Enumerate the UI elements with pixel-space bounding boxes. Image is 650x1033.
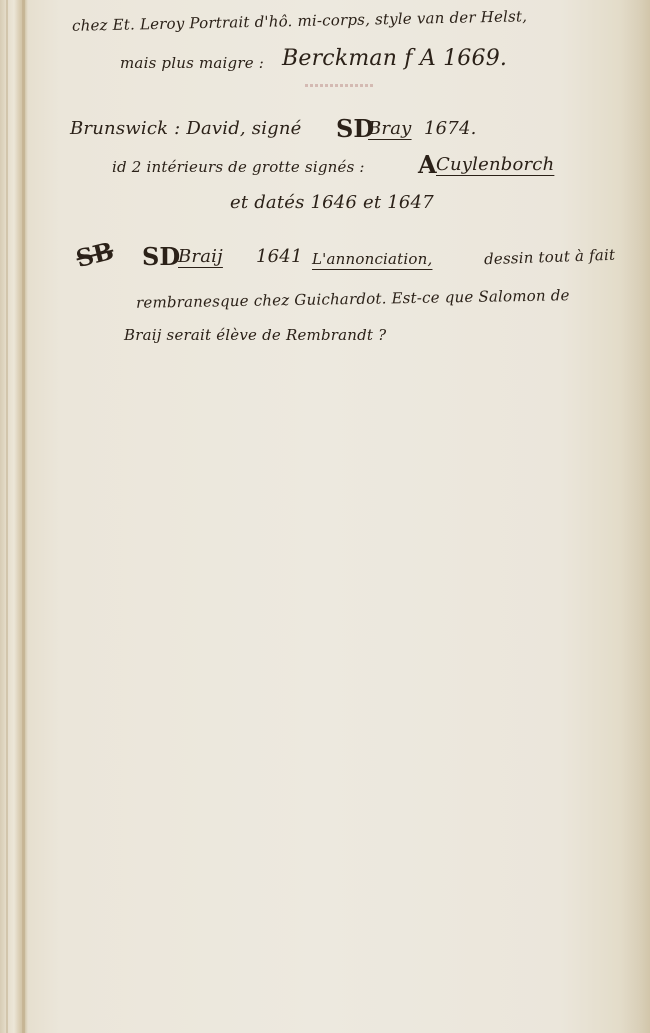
entry-braij-signature: Braij xyxy=(178,246,223,267)
entry-cuylenborch-text: id 2 intérieurs de grotte signés : xyxy=(112,158,365,176)
library-stamp-mark xyxy=(305,84,375,87)
entry-brunswick-year: 1674. xyxy=(424,118,477,139)
entry-braij-title: L'annonciation, xyxy=(312,250,432,268)
binding-edge-shadow xyxy=(22,0,25,1033)
entry-leroy-line1: chez Et. Leroy Portrait d'hô. mi-corps, … xyxy=(72,7,527,35)
binding-edge xyxy=(6,0,8,1033)
cuylenborch-monogram: A xyxy=(418,150,437,179)
manuscript-page: ​ chez Et. Leroy Portrait d'hô. mi-corps… xyxy=(0,0,650,1033)
entry-braij-line1-rest: dessin tout à fait xyxy=(484,246,616,269)
entry-braij-line2: rembranesque chez Guichardot. Est-ce que… xyxy=(136,286,570,312)
crossed-marker-icon: SB xyxy=(73,236,117,273)
braij-monogram: SD xyxy=(142,242,180,271)
entry-leroy-signature: Berckman f A 1669. xyxy=(282,46,507,71)
entry-brunswick-text: Brunswick : David, signé xyxy=(70,118,302,139)
entry-braij-line3: Braij serait élève de Rembrandt ? xyxy=(124,326,386,344)
entry-cuylenborch-dates: et datés 1646 et 1647 xyxy=(230,192,434,213)
entry-brunswick-signature: Bray xyxy=(368,118,412,139)
entry-cuylenborch-signature: Cuylenborch xyxy=(436,154,554,175)
entry-leroy-line2: mais plus maigre : xyxy=(120,54,264,72)
entry-braij-year: 1641 xyxy=(256,246,303,267)
